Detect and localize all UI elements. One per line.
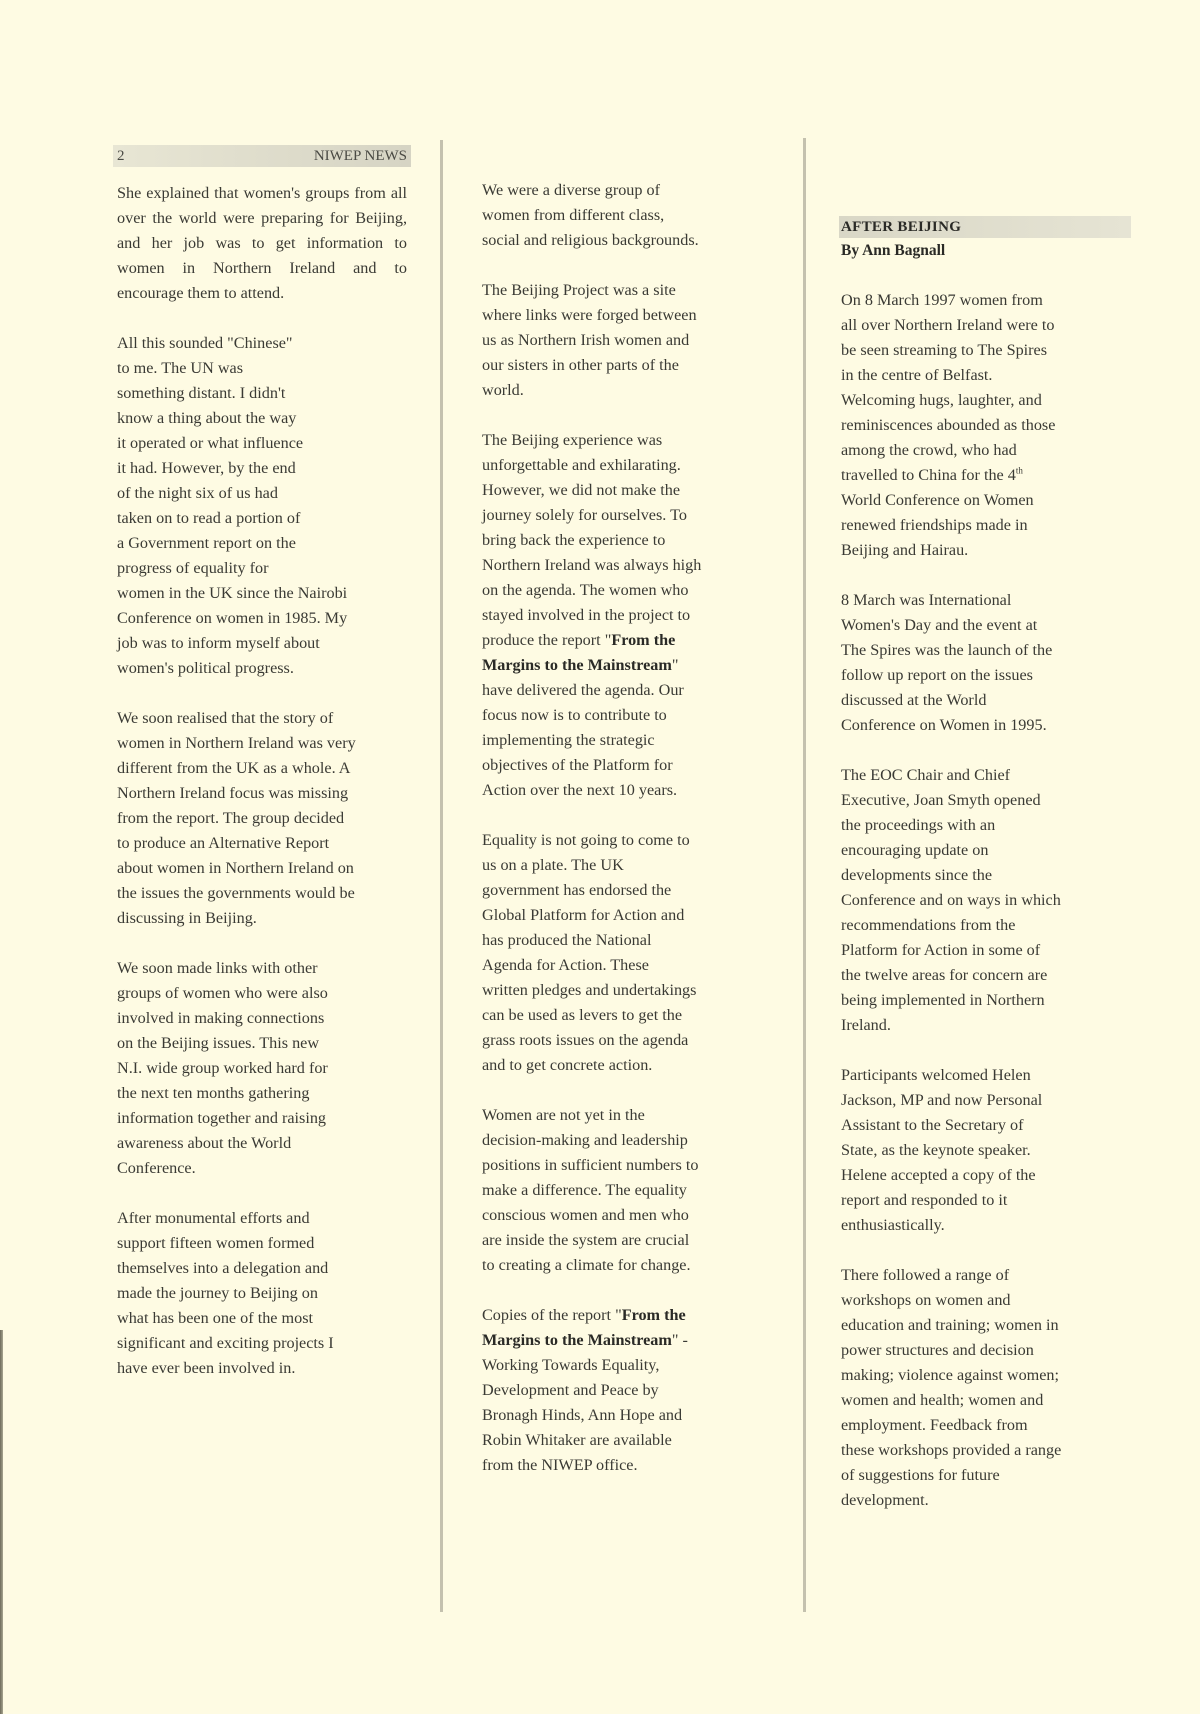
paragraph: We soon made links with other groups of … (117, 956, 407, 1181)
column-2: We were a diverse group of women from di… (482, 178, 772, 1503)
text: On 8 March 1997 women from all over Nort… (841, 291, 1055, 484)
paragraph: We were a diverse group of women from di… (482, 178, 772, 253)
paragraph: Copies of the report "From the Margins t… (482, 1303, 772, 1478)
text: World Conference on Women renewed friend… (841, 491, 1034, 559)
column-3: AFTER BEIJING By Ann Bagnall On 8 March … (841, 216, 1131, 1538)
text: " have delivered the agenda. Our focus n… (482, 656, 684, 799)
column-divider-right (803, 138, 806, 1612)
paragraph: There followed a range of workshops on w… (841, 1263, 1131, 1513)
paragraph: The EOC Chair and Chief Executive, Joan … (841, 763, 1131, 1038)
text: Copies of the report " (482, 1306, 622, 1324)
paragraph: Participants welcomed Helen Jackson, MP … (841, 1063, 1131, 1238)
text: " - Working Towards Equality, Developmen… (482, 1331, 688, 1474)
text: The Beijing experience was unforgettable… (482, 431, 701, 649)
page-number: 2 (117, 144, 125, 169)
paragraph: All this sounded "Chinese" to me. The UN… (117, 331, 407, 681)
article-title: AFTER BEIJING (839, 216, 1131, 238)
running-header: 2 NIWEP NEWS (113, 145, 411, 167)
article-byline: By Ann Bagnall (841, 238, 1131, 263)
paragraph: She explained that women's groups from a… (117, 181, 407, 306)
paragraph: After monumental efforts and support fif… (117, 1206, 407, 1381)
paragraph: On 8 March 1997 women from all over Nort… (841, 288, 1131, 563)
paragraph: Women are not yet in the decision-making… (482, 1103, 772, 1278)
scan-page-edge (0, 1330, 3, 1714)
paragraph: Equality is not going to come to us on a… (482, 828, 772, 1078)
paragraph: The Beijing Project was a site where lin… (482, 278, 772, 403)
paragraph: We soon realised that the story of women… (117, 706, 407, 931)
column-1: 2 NIWEP NEWS She explained that women's … (117, 145, 407, 1406)
paragraph: 8 March was International Women's Day an… (841, 588, 1131, 738)
publication-title: NIWEP NEWS (314, 144, 407, 169)
ordinal-suffix: th (1016, 466, 1023, 476)
column-divider-left (440, 140, 443, 1612)
paragraph: The Beijing experience was unforgettable… (482, 428, 772, 803)
